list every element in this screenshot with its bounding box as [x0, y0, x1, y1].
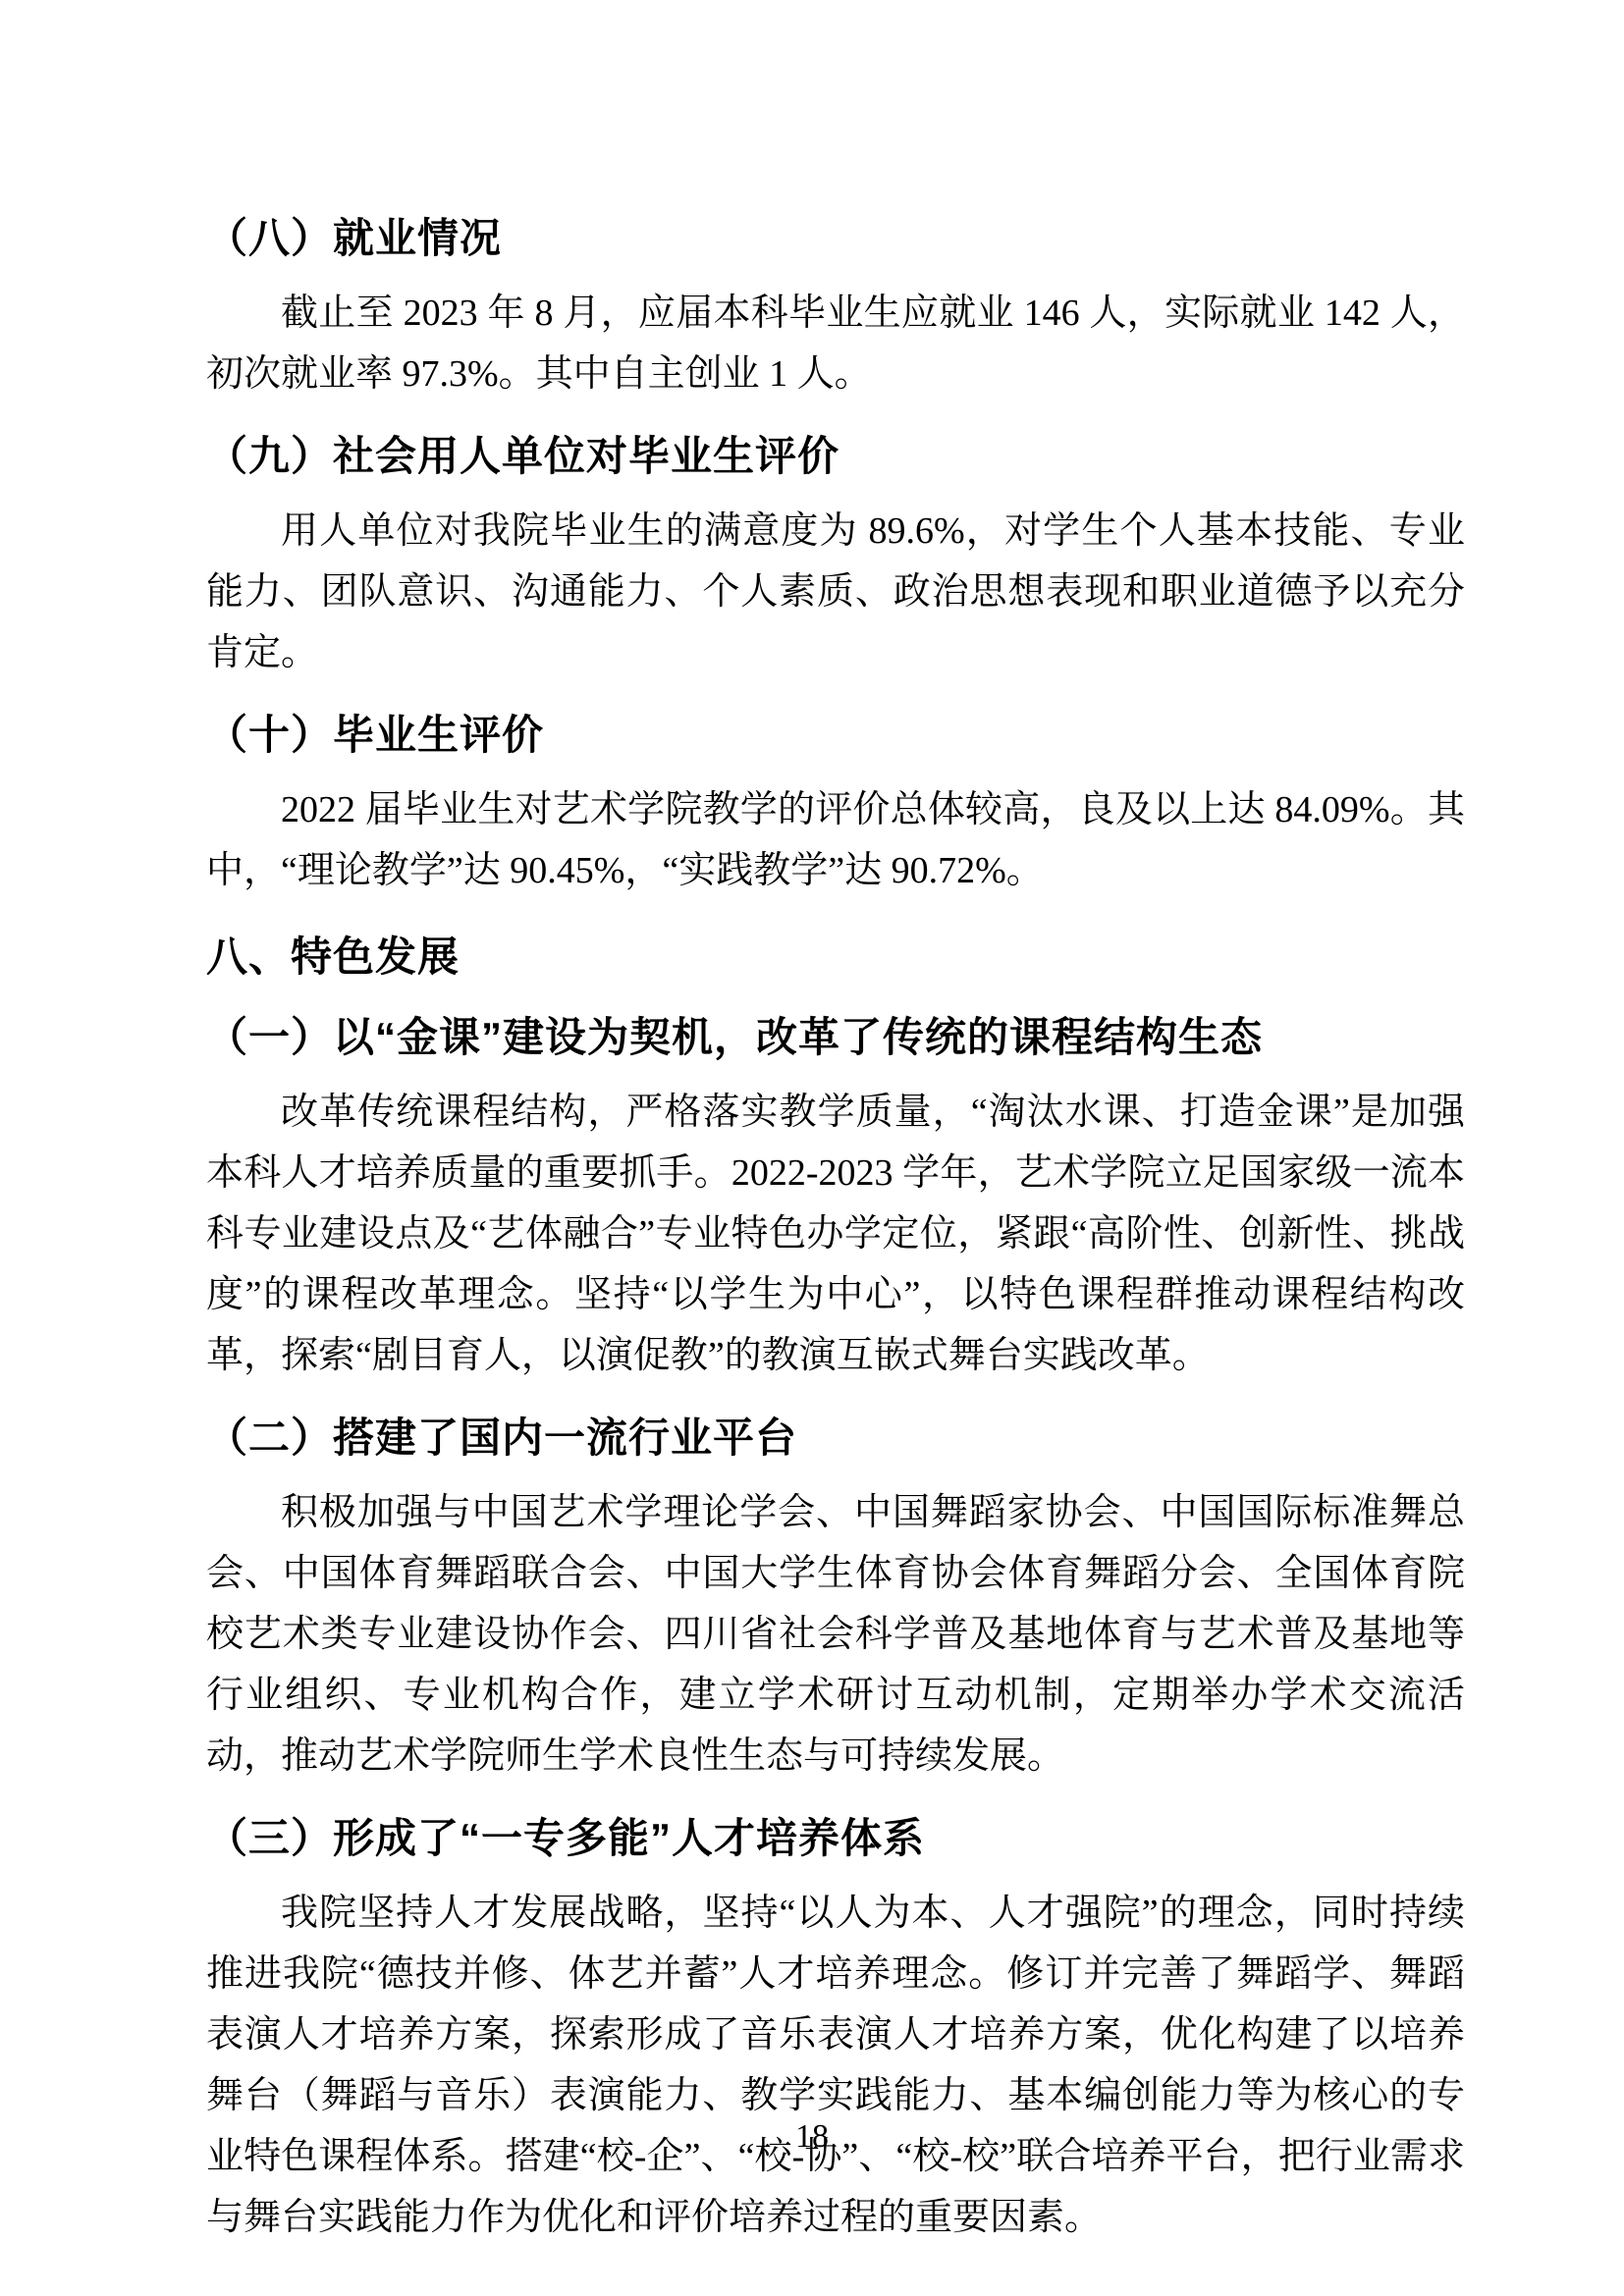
- chapter-heading-featured-development: 八、特色发展: [206, 929, 1465, 986]
- page-number: 18: [0, 2118, 1624, 2156]
- paragraph-employer-evaluation: 用人单位对我院毕业生的满意度为 89.6%，对学生个人基本技能、专业能力、团队意…: [206, 501, 1465, 683]
- paragraph-industry-platform: 积极加强与中国艺术学理论学会、中国舞蹈家协会、中国国际标准舞总会、中国体育舞蹈联…: [206, 1482, 1465, 1787]
- section-heading-graduate-evaluation: （十）毕业生评价: [206, 707, 1465, 764]
- paragraph-graduate-evaluation: 2022 届毕业生对艺术学院教学的评价总体较高，良及以上达 84.09%。其中，…: [206, 779, 1465, 901]
- paragraph-employment: 截止至 2023 年 8 月，应届本科毕业生应就业 146 人，实际就业 142…: [206, 283, 1465, 404]
- paragraph-talent-system: 我院坚持人才发展战略，坚持“以人为本、人才强院”的理念，同时持续推进我院“德技并…: [206, 1883, 1465, 2248]
- subsection-heading-talent-system: （三）形成了“一专多能”人才培养体系: [206, 1810, 1465, 1867]
- document-page: （八）就业情况 截止至 2023 年 8 月，应届本科毕业生应就业 146 人，…: [0, 0, 1624, 2296]
- document-body: （八）就业情况 截止至 2023 年 8 月，应届本科毕业生应就业 146 人，…: [206, 210, 1465, 2254]
- section-heading-employment: （八）就业情况: [206, 210, 1465, 267]
- subsection-heading-golden-course: （一）以“金课”建设为契机，改革了传统的课程结构生态: [206, 1009, 1465, 1066]
- section-heading-employer-evaluation: （九）社会用人单位对毕业生评价: [206, 428, 1465, 485]
- paragraph-curriculum-reform: 改革传统课程结构，严格落实教学质量，“淘汰水课、打造金课”是加强本科人才培养质量…: [206, 1082, 1465, 1386]
- subsection-heading-industry-platform: （二）搭建了国内一流行业平台: [206, 1410, 1465, 1467]
